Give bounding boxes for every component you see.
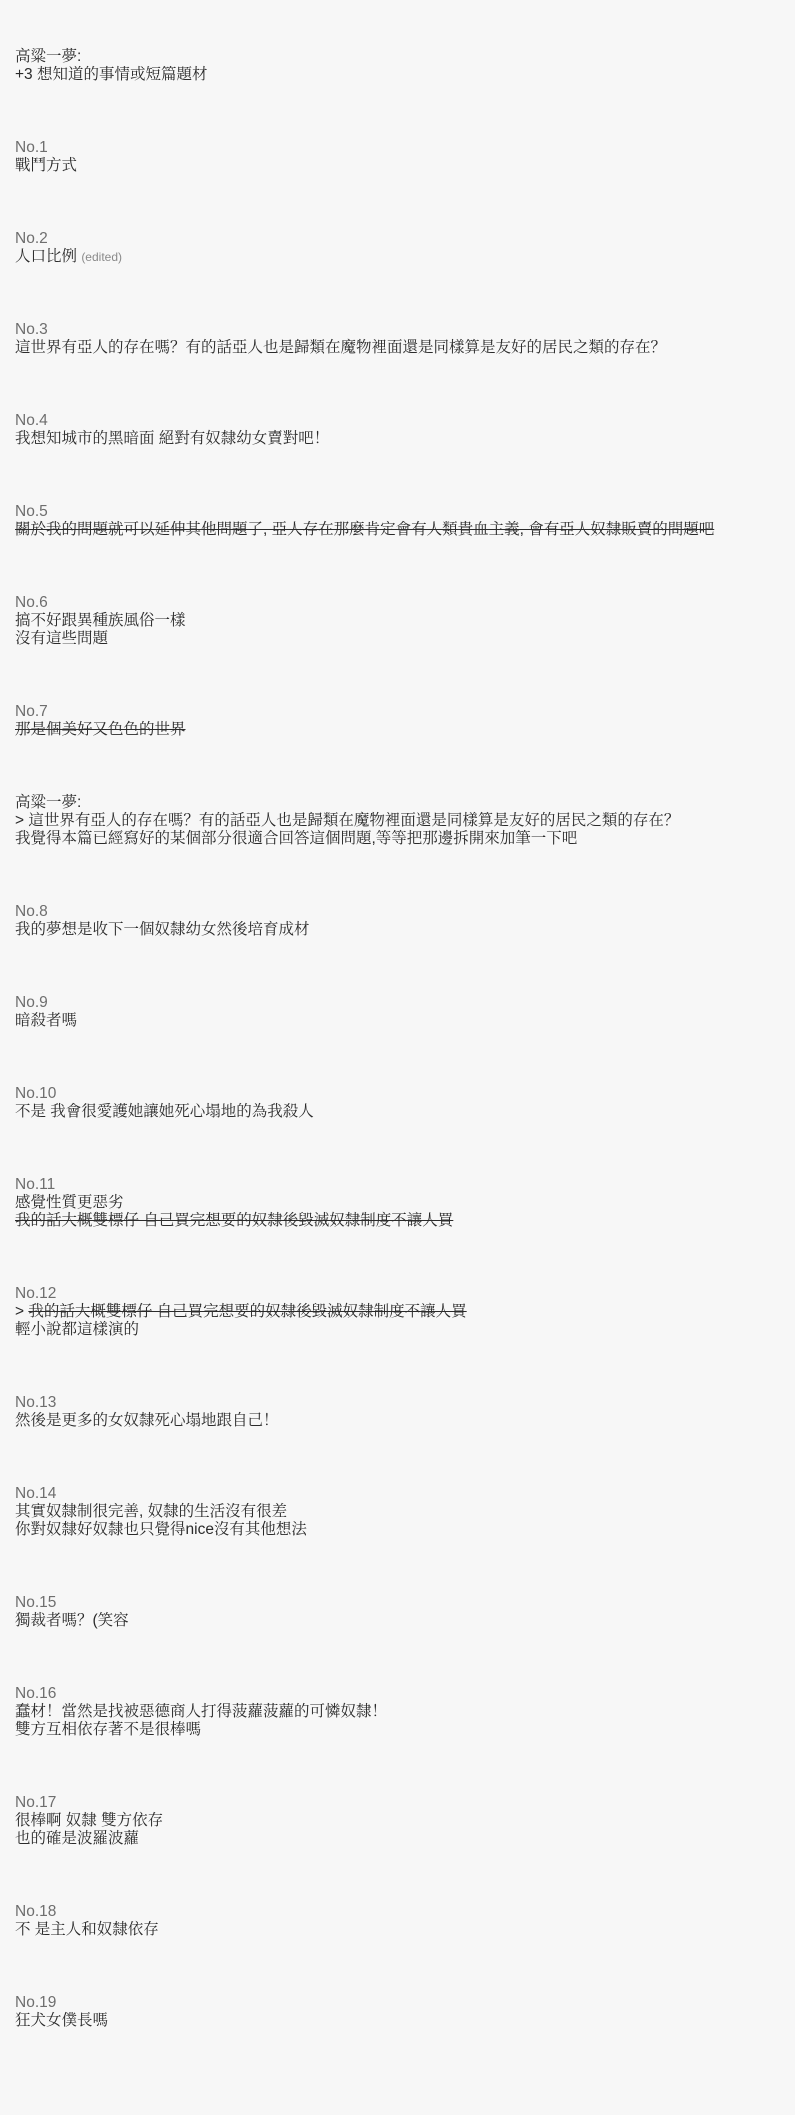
message-line: 然後是更多的女奴隸死心塌地跟自己！ <box>15 1412 780 1430</box>
username: 高粱一夢: <box>15 48 780 66</box>
message-text: 感覺性質更惡劣 <box>15 1194 124 1211</box>
message-line: > 這世界有亞人的存在嗎？有的話亞人也是歸類在魔物裡面還是同樣算是友好的居民之類… <box>15 812 780 830</box>
message-line: 沒有這些問題 <box>15 630 780 648</box>
message-line: 那是個美好又色色的世界 <box>15 721 780 739</box>
message-line: 我的夢想是收下一個奴隸幼女然後培育成材 <box>15 921 780 939</box>
message-text: 不 是主人和奴隸依存 <box>15 1921 159 1938</box>
message-text: 搞不好跟異種族風俗一樣 <box>15 612 186 629</box>
message-text: 很棒啊 奴隸 雙方依存 <box>15 1812 163 1829</box>
post-id: No.11 <box>15 1176 780 1194</box>
message-line: 戰鬥方式 <box>15 157 780 175</box>
post: No.15 獨裁者嗎？(笑容 <box>15 1594 780 1630</box>
message-text: 我想知城市的黑暗面 絕對有奴隸幼女賣對吧！ <box>15 430 329 447</box>
message-text: > 這世界有亞人的存在嗎？有的話亞人也是歸類在魔物裡面還是同樣算是友好的居民之類… <box>15 812 679 829</box>
post-id: No.14 <box>15 1485 780 1503</box>
post-id: No.15 <box>15 1594 780 1612</box>
post-id: No.3 <box>15 321 780 339</box>
post: No.18 不 是主人和奴隸依存 <box>15 1903 780 1939</box>
message-text: 狂犬女僕長嗎 <box>15 2012 108 2029</box>
post-id: No.4 <box>15 412 780 430</box>
post: No.2 人口比例 (edited) <box>15 230 780 266</box>
message-line: 獨裁者嗎？(笑容 <box>15 1612 780 1630</box>
message-text: 暗殺者嗎 <box>15 1012 77 1029</box>
post-id: No.18 <box>15 1903 780 1921</box>
post-id: No.2 <box>15 230 780 248</box>
strikethrough-text: 關於我的問題就可以延伸其他問題了, 亞人存在那麼肯定會有人類貴血主義, 會有亞人… <box>15 521 714 538</box>
message-line: 感覺性質更惡劣 <box>15 1194 780 1212</box>
post-id: No.1 <box>15 139 780 157</box>
message-text: 輕小說都這樣演的 <box>15 1321 139 1338</box>
message-text: 不是 我會很愛護她讓她死心塌地的為我殺人 <box>15 1103 314 1120</box>
message-line: 你對奴隸好奴隸也只覺得nice沒有其他想法 <box>15 1521 780 1539</box>
message-text: 蠢材！當然是找被惡德商人打得菠蘿菠蘿的可憐奴隸！ <box>15 1703 387 1720</box>
message-line: 很棒啊 奴隸 雙方依存 <box>15 1812 780 1830</box>
message-text: 我的夢想是收下一個奴隸幼女然後培育成材 <box>15 921 310 938</box>
message-text: 雙方互相依存著不是很棒嗎 <box>15 1721 201 1738</box>
post-id: No.10 <box>15 1085 780 1103</box>
message-line: 雙方互相依存著不是很棒嗎 <box>15 1721 780 1739</box>
message-text: 也的確是波羅波蘿 <box>15 1830 139 1847</box>
message-text: 人口比例 <box>15 248 81 265</box>
user-message-header: 高粱一夢: +3 想知道的事情或短篇題材 <box>15 48 780 84</box>
post: No.1 戰鬥方式 <box>15 139 780 175</box>
message-line: 我想知城市的黑暗面 絕對有奴隸幼女賣對吧！ <box>15 430 780 448</box>
post-id: No.6 <box>15 594 780 612</box>
post-id: No.9 <box>15 994 780 1012</box>
message-line: 不是 我會很愛護她讓她死心塌地的為我殺人 <box>15 1103 780 1121</box>
post: No.7 那是個美好又色色的世界 <box>15 703 780 739</box>
post-id: No.8 <box>15 903 780 921</box>
username: 高粱一夢: <box>15 794 780 812</box>
message-line: 我覺得本篇已經寫好的某個部分很適合回答這個問題,等等把那邊拆開來加筆一下吧 <box>15 830 780 848</box>
strikethrough-text: 我的話大概雙標仔 自己買完想要的奴隸後毀滅奴隸制度不讓人買 <box>28 1303 466 1320</box>
message-line: 輕小說都這樣演的 <box>15 1321 780 1339</box>
message-line: 其實奴隸制很完善, 奴隸的生活沒有很差 <box>15 1503 780 1521</box>
post-id: No.5 <box>15 503 780 521</box>
post-id: No.12 <box>15 1285 780 1303</box>
message-line: 我的話大概雙標仔 自己買完想要的奴隸後毀滅奴隸制度不讓人買 <box>15 1212 780 1230</box>
message-line: > 我的話大概雙標仔 自己買完想要的奴隸後毀滅奴隸制度不讓人買 <box>15 1303 780 1321</box>
post-id: No.7 <box>15 703 780 721</box>
post-id: No.13 <box>15 1394 780 1412</box>
strikethrough-text: 那是個美好又色色的世界 <box>15 721 186 738</box>
post: No.9 暗殺者嗎 <box>15 994 780 1030</box>
post: No.6 搞不好跟異種族風俗一樣沒有這些問題 <box>15 594 780 648</box>
post: No.19 狂犬女僕長嗎 <box>15 1994 780 2030</box>
post: No.8 我的夢想是收下一個奴隸幼女然後培育成材 <box>15 903 780 939</box>
message-text: 沒有這些問題 <box>15 630 108 647</box>
post: No.12 > 我的話大概雙標仔 自己買完想要的奴隸後毀滅奴隸制度不讓人買輕小說… <box>15 1285 780 1339</box>
message-text: 其實奴隸制很完善, 奴隸的生活沒有很差 <box>15 1503 287 1520</box>
message-line: 蠢材！當然是找被惡德商人打得菠蘿菠蘿的可憐奴隸！ <box>15 1703 780 1721</box>
strikethrough-text: 我的話大概雙標仔 自己買完想要的奴隸後毀滅奴隸制度不讓人買 <box>15 1212 453 1229</box>
post-id: No.17 <box>15 1794 780 1812</box>
message-text: 獨裁者嗎？(笑容 <box>15 1612 129 1629</box>
message-line: 搞不好跟異種族風俗一樣 <box>15 612 780 630</box>
post: No.17 很棒啊 奴隸 雙方依存也的確是波羅波蘿 <box>15 1794 780 1848</box>
message-line: 不 是主人和奴隸依存 <box>15 1921 780 1939</box>
message-text: 戰鬥方式 <box>15 157 77 174</box>
message-line: +3 想知道的事情或短篇題材 <box>15 66 780 84</box>
message-text: 我覺得本篇已經寫好的某個部分很適合回答這個問題,等等把那邊拆開來加筆一下吧 <box>15 830 577 847</box>
message-text: +3 想知道的事情或短篇題材 <box>15 66 207 83</box>
post-id: No.16 <box>15 1685 780 1703</box>
message-line: 也的確是波羅波蘿 <box>15 1830 780 1848</box>
user-message-header: 高粱一夢: > 這世界有亞人的存在嗎？有的話亞人也是歸類在魔物裡面還是同樣算是友… <box>15 794 780 848</box>
edited-badge: (edited) <box>81 250 122 264</box>
message-line: 關於我的問題就可以延伸其他問題了, 亞人存在那麼肯定會有人類貴血主義, 會有亞人… <box>15 521 780 539</box>
post: No.10 不是 我會很愛護她讓她死心塌地的為我殺人 <box>15 1085 780 1121</box>
post: No.14 其實奴隸制很完善, 奴隸的生活沒有很差你對奴隸好奴隸也只覺得nice… <box>15 1485 780 1539</box>
post: No.4 我想知城市的黑暗面 絕對有奴隸幼女賣對吧！ <box>15 412 780 448</box>
post: No.3 這世界有亞人的存在嗎？有的話亞人也是歸類在魔物裡面還是同樣算是友好的居… <box>15 321 780 357</box>
post: No.11 感覺性質更惡劣我的話大概雙標仔 自己買完想要的奴隸後毀滅奴隸制度不讓… <box>15 1176 780 1230</box>
message-text: 你對奴隸好奴隸也只覺得nice沒有其他想法 <box>15 1521 307 1538</box>
message-text: > <box>15 1303 28 1320</box>
post: No.13 然後是更多的女奴隸死心塌地跟自己！ <box>15 1394 780 1430</box>
post-id: No.19 <box>15 1994 780 2012</box>
chat-log: 高粱一夢: +3 想知道的事情或短篇題材 No.1 戰鬥方式 No.2 人口比例… <box>15 48 780 2030</box>
message-text: 然後是更多的女奴隸死心塌地跟自己！ <box>15 1412 279 1429</box>
message-line: 狂犬女僕長嗎 <box>15 2012 780 2030</box>
message-line: 人口比例 (edited) <box>15 248 780 266</box>
message-line: 這世界有亞人的存在嗎？有的話亞人也是歸類在魔物裡面還是同樣算是友好的居民之類的存… <box>15 339 780 357</box>
message-text: 這世界有亞人的存在嗎？有的話亞人也是歸類在魔物裡面還是同樣算是友好的居民之類的存… <box>15 339 666 356</box>
message-line: 暗殺者嗎 <box>15 1012 780 1030</box>
post: No.16 蠢材！當然是找被惡德商人打得菠蘿菠蘿的可憐奴隸！雙方互相依存著不是很… <box>15 1685 780 1739</box>
post: No.5 關於我的問題就可以延伸其他問題了, 亞人存在那麼肯定會有人類貴血主義,… <box>15 503 780 539</box>
